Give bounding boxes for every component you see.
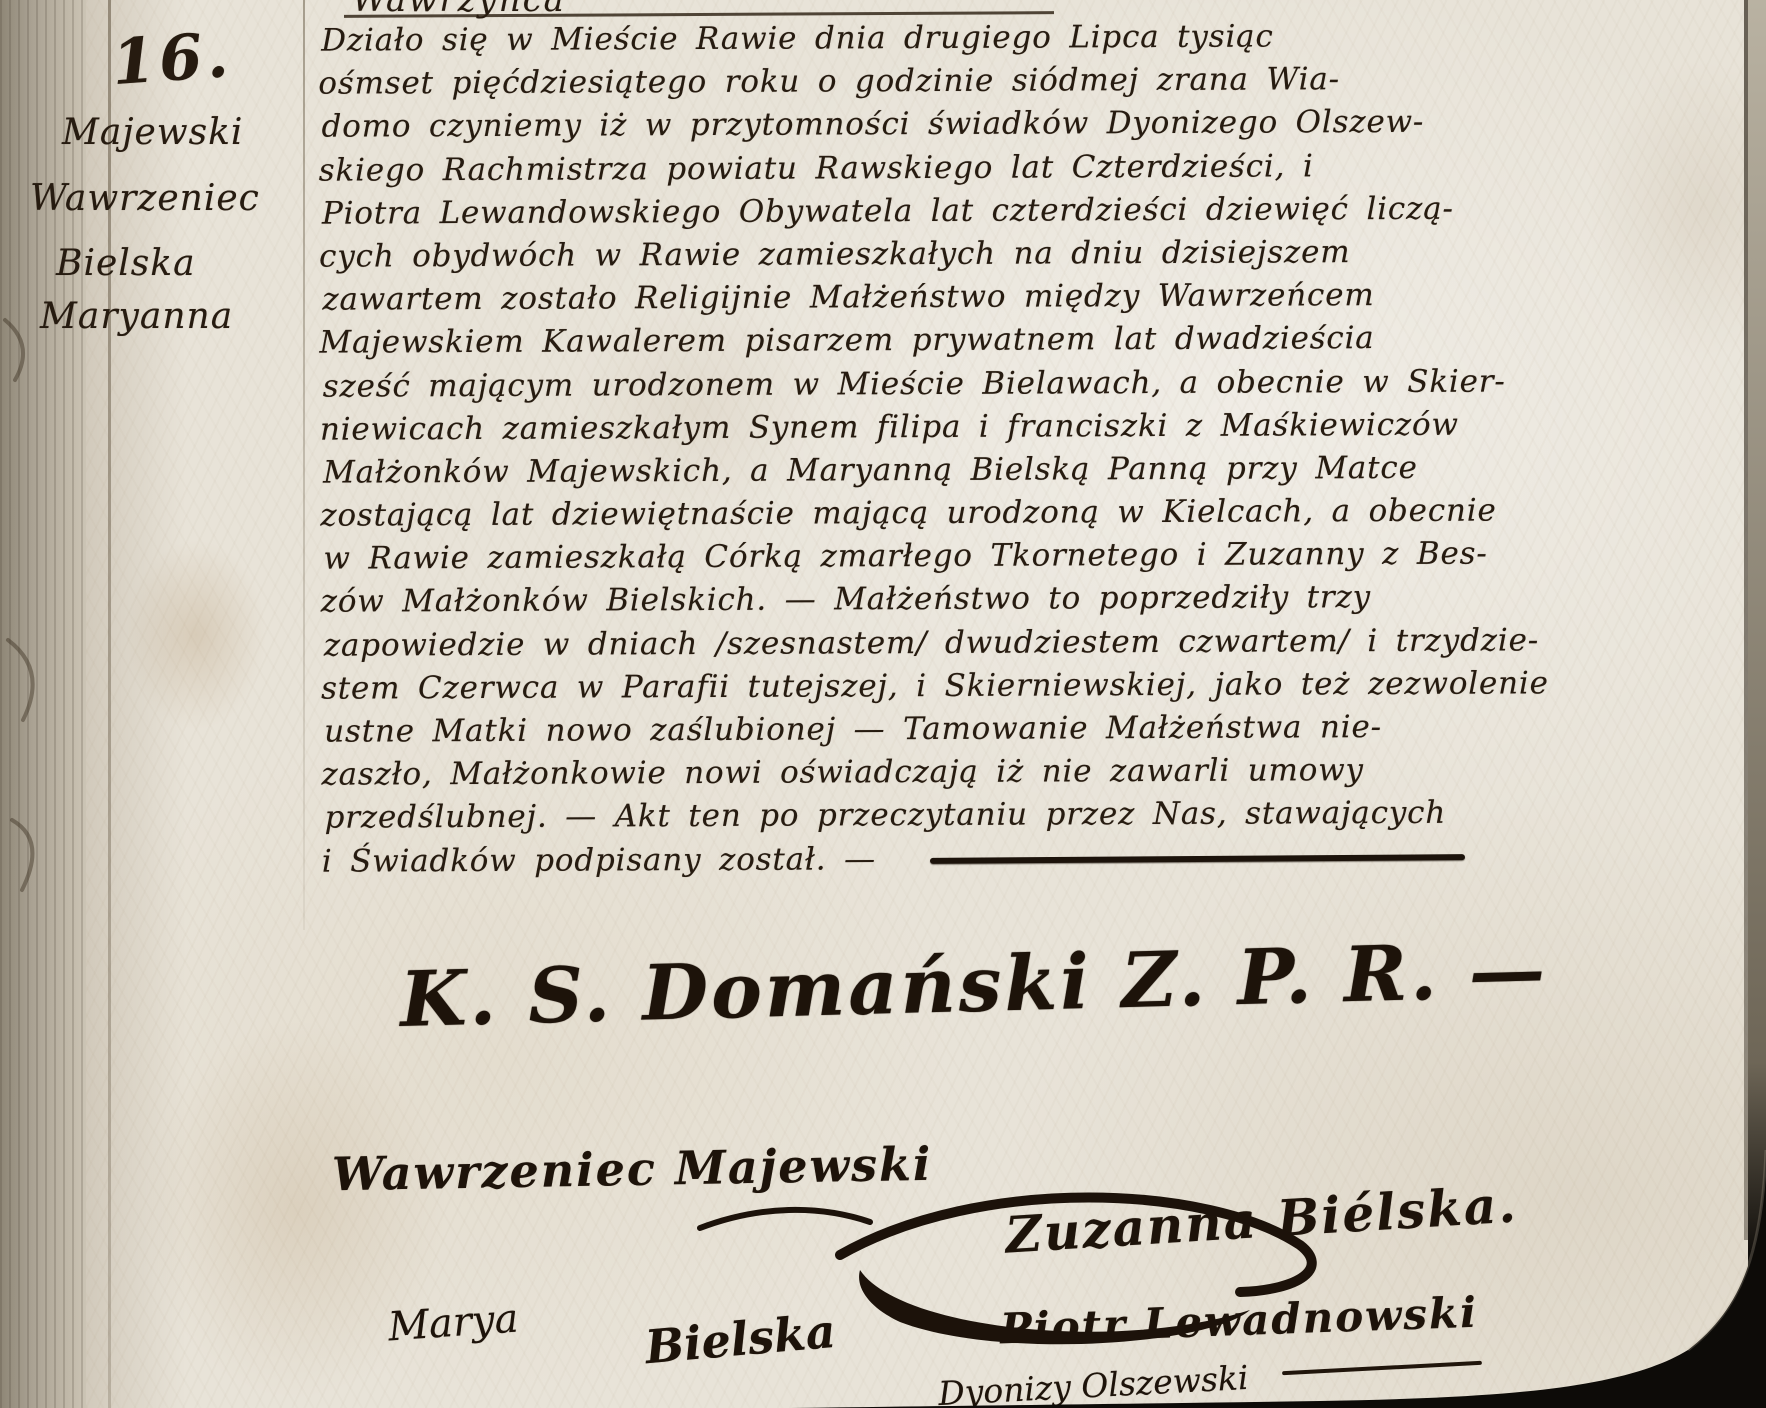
paper-stain — [1586, 60, 1766, 360]
act-line: zapowiedzie w dniach /szesnastem/ dwudzi… — [324, 622, 1552, 671]
margin-name-bride-given: Maryanna — [40, 296, 233, 337]
act-line: zostającą lat dziewiętnaście mającą urod… — [320, 492, 1548, 541]
margin-rule-line — [303, 0, 305, 930]
act-line: Małżonków Majewskich, a Maryanną Bielską… — [323, 449, 1551, 498]
signature-bride-first-name: Marya — [387, 1296, 520, 1351]
act-line: ośmset pięćdziesiątego roku o godzinie s… — [318, 61, 1546, 110]
act-line: Majewskiem Kawalerem pisarzem prywatnem … — [319, 320, 1547, 369]
act-line: Piotra Lewandowskiego Obywatela lat czte… — [322, 190, 1550, 239]
paper-stain — [126, 540, 266, 730]
act-line: domo czyniemy iż w przytomności świadków… — [321, 104, 1549, 153]
act-line: niewicach zamieszkałym Synem filipa i fr… — [320, 406, 1548, 455]
margin-name-bride-surname: Bielska — [56, 243, 196, 284]
act-body-text: Działo się w Mieście Rawie dnia drugiego… — [318, 17, 1549, 886]
act-line: ustne Matki nowo zaślubionej — Tamowanie… — [324, 708, 1552, 757]
margin-name-groom-surname: Majewski — [62, 112, 243, 153]
act-line: przedślubnej. — Akt ten po przeczytaniu … — [325, 795, 1553, 844]
margin-name-groom-given: Wawrzeniec — [30, 178, 260, 219]
register-scan: Wawrzyńca 16. Majewski Wawrzeniec Bielsk… — [0, 0, 1766, 1408]
act-line: skiego Rachmistrza powiatu Rawskiego lat… — [319, 147, 1547, 196]
act-line: zów Małżonków Bielskich. — Małżeństwo to… — [321, 579, 1549, 628]
signature-groom: Wawrzeniec Majewski — [332, 1137, 933, 1201]
act-line: w Rawie zamieszkałą Córką zmarłego Tkorn… — [323, 536, 1551, 585]
act-line: zaszło, Małżonkowie nowi oświadczają iż … — [321, 752, 1549, 801]
act-line: sześć mającym urodzonem w Mieście Bielaw… — [323, 363, 1551, 412]
act-line: cych obydwóch w Rawie zamieszkałych na d… — [319, 233, 1547, 282]
entry-number: 16. — [110, 18, 235, 99]
adjacent-page-edge — [1748, 0, 1766, 1250]
act-line: stem Czerwca w Parafii tutejszej, i Skie… — [321, 665, 1549, 714]
act-line: Działo się w Mieście Rawie dnia drugiego… — [321, 17, 1549, 66]
act-line: zawartem zostało Religijnie Małżeństwo m… — [322, 276, 1550, 325]
